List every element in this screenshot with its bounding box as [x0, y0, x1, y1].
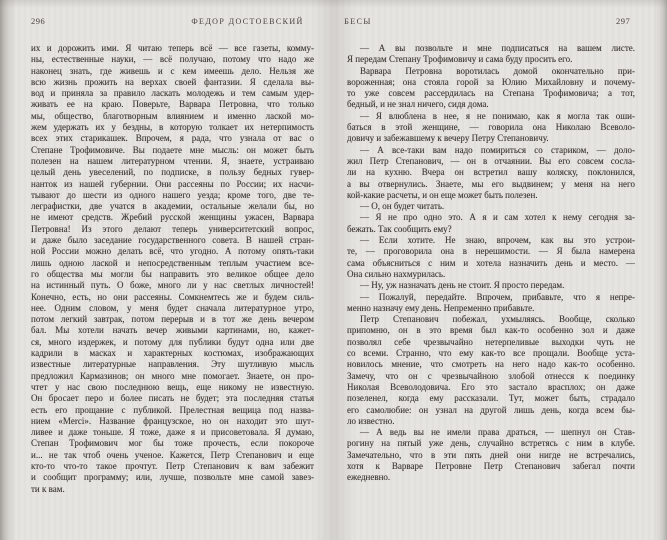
- right-running-head: БЕСЫ: [327, 17, 389, 26]
- text-line: то уже совсем рассердилась на Степана Тр…: [347, 88, 635, 99]
- text-line: Петровна! Из этого делают теперь универс…: [31, 224, 314, 235]
- text-line: ся, много издержек, и потому для публики…: [31, 337, 314, 348]
- text-line: вод и приняла за правило ласкать молодеж…: [31, 88, 314, 99]
- text-line: — Я влюблена в нее, я не понимаю, как я …: [347, 111, 635, 122]
- text-line: и сообщит программу; или, лучше, позволь…: [31, 472, 314, 483]
- text-line: — А вы позвольте и мне подписаться на ва…: [347, 43, 635, 54]
- text-line: хотя к Варваре Петровне Петр Степанович …: [347, 461, 635, 472]
- text-line: Она сильно нахмурилась.: [347, 269, 635, 280]
- text-line: известные литературные направления. Эту …: [31, 359, 314, 370]
- text-line: Николая Всеволодовича. Его это застало в…: [347, 382, 635, 393]
- text-line: ной России можно делать всё, что угодно.…: [31, 246, 314, 257]
- text-line: нее. Одним словом, у меня будет сначала …: [31, 303, 314, 314]
- text-line: леграфистки, две учатся в академии, оста…: [31, 201, 314, 212]
- text-line: нанток из нашей губернии. Они рассеяны п…: [31, 179, 314, 190]
- book-spread-scan: 296 ФЕДОР ДОСТОЕВСКИЙ БЕСЫ 297 их и доро…: [0, 0, 667, 540]
- text-line: его самолюбие: он узнал на другой лишь д…: [347, 405, 635, 416]
- text-line: жил Петр Степанович, — он в отчаянии. Вы…: [347, 156, 635, 167]
- text-line: го общества мы могли бы направить это ве…: [31, 269, 314, 280]
- text-line: ли на кухню. Вчера он встретил вашу коля…: [347, 167, 635, 178]
- text-line: Степане Трофимовиче. Вы подаете мне мысл…: [31, 145, 314, 156]
- text-line: Петр Степанович побежал, ухмыляясь. Вооб…: [347, 314, 635, 325]
- text-line: жем удержать их у бездны, в которую толк…: [31, 122, 314, 133]
- text-line: целый день увеселений, по подписке, в по…: [31, 167, 314, 178]
- text-line: — А все-таки вам надо помириться со стар…: [347, 145, 635, 156]
- text-line: менно назначу ему день. Непременно приба…: [347, 303, 635, 314]
- text-line: живать ее на краю. Поверьте, Варвара Пет…: [31, 99, 314, 110]
- text-line: на истинный путь. О боже, много ли у нас…: [31, 280, 314, 291]
- right-page-number: 297: [616, 16, 630, 26]
- text-line: Я передам Степану Трофимовичу и сама буд…: [347, 54, 635, 65]
- text-line: кой-какие расчеты, и он еще может быть п…: [347, 190, 635, 201]
- text-line: и даже было заседание государственного с…: [31, 235, 314, 246]
- text-line: баться в этой женщине, — говорила она Ни…: [347, 122, 635, 133]
- text-line: Он бросает перо и более писать не будет;…: [31, 393, 314, 404]
- text-line: Варвара Петровна воротилась домой оконча…: [347, 66, 635, 77]
- text-line: — О, он будет читать.: [347, 201, 635, 212]
- text-line: Степан Трофимович мог бы тоже прочесть, …: [31, 438, 314, 449]
- right-page-text: — А вы позвольте и мне подписаться на ва…: [347, 43, 635, 484]
- text-line: Замечу, что он с чрезвычайною злобой отн…: [347, 371, 635, 382]
- left-page-number: 296: [31, 16, 45, 26]
- text-line: бедный, и не знал ничего, сидя дома.: [347, 99, 635, 110]
- text-line: их и дорожить ими. Я читаю теперь всё — …: [31, 43, 314, 54]
- text-line: Конечно, есть, но они рассеяны. Сомкнемт…: [31, 292, 314, 303]
- text-line: тывают до шести из одного нашего уезда; …: [31, 190, 314, 201]
- text-line: ежедневно.: [347, 472, 635, 483]
- text-line: — А ведь вы не имели права драться, — ше…: [347, 427, 635, 438]
- text-line: — Ну, уж назначать день не стоит. Я прос…: [347, 280, 635, 291]
- left-page-text: их и дорожить ими. Я читаю теперь всё — …: [31, 43, 314, 495]
- text-line: всю жизнь прожить на верхах своей фантаз…: [31, 77, 314, 88]
- text-line: не имеют средств. Жребий русской женщины…: [31, 212, 314, 223]
- text-line: бежать. Так сообщить ему?: [347, 224, 635, 235]
- text-line: — Я не про одно это. А я и сам хотел к н…: [347, 212, 635, 223]
- text-line: чтет у нас свою последнюю вещь, еще нико…: [31, 382, 314, 393]
- text-line: кто-то что-то такое прочтут. Петр Степан…: [31, 461, 314, 472]
- text-line: полезен на нашем литературном чтении. Я,…: [31, 156, 314, 167]
- left-running-head: ФЕДОР ДОСТОЕВСКИЙ: [160, 17, 335, 26]
- text-line: сама объясниться с ним и хотела назначит…: [347, 258, 635, 269]
- text-line: новилось мнение, что смотреть на него на…: [347, 359, 635, 370]
- text-line: позволял себе чрезвычайно нетерпеливые в…: [347, 337, 635, 348]
- text-line: потом легкий завтрак, потом перерыв и в …: [31, 314, 314, 325]
- text-line: ти к вам.: [31, 484, 314, 495]
- text-line: есть его прощание с публикой. Прелестная…: [31, 405, 314, 416]
- text-line: довичу и забежавшему к вечеру Петру Степ…: [347, 133, 635, 144]
- text-line: бал. Мы хотели начать вечер живыми карти…: [31, 325, 314, 336]
- text-line: кадрили в масках и характерных костюмах,…: [31, 348, 314, 359]
- text-line: ло известно.: [347, 416, 635, 427]
- text-line: вороженная; она стояла горой за Юлию Мих…: [347, 77, 635, 88]
- text-line: предложил Кармазинов; он много мне помог…: [31, 371, 314, 382]
- text-line: ны, естественные науки, — всё получаю, п…: [31, 54, 314, 65]
- text-line: со всеми. Странно, что ему как-то все пр…: [347, 348, 635, 359]
- text-line: а вы отвернулись. Знаете, мы его выдвине…: [347, 179, 635, 190]
- text-line: Замечательно, что в эти пять дней они ни…: [347, 450, 635, 461]
- text-line: наконец знать, где живешь и с кем имеешь…: [31, 66, 314, 77]
- text-line: — Если хотите. Не знаю, впрочем, как вы …: [347, 235, 635, 246]
- text-line: лишь одною лаской и непосредственным теп…: [31, 258, 314, 269]
- text-line: — Пожалуй, передайте. Впрочем, прибавьте…: [347, 292, 635, 303]
- text-line: припомню, он в это время был как-то особ…: [347, 325, 635, 336]
- text-line: те, — проговорила она в нерешимости. — Я…: [347, 246, 635, 257]
- text-line: всех этих старикашек. Впрочем, я рада, ч…: [31, 133, 314, 144]
- text-line: рогину на пятый уже день, случайно встре…: [347, 438, 635, 449]
- text-line: ливее и даже тоньше. Я тоже, даже я и пр…: [31, 427, 314, 438]
- text-line: позеленел, когда ему рассказали. Тут, мо…: [347, 393, 635, 404]
- text-line: нием «Merci». Название французское, но о…: [31, 416, 314, 427]
- text-line: и... не так чтоб очень ученое. Кажется, …: [31, 450, 314, 461]
- text-line: мы, общество, благотворным влиянием и им…: [31, 111, 314, 122]
